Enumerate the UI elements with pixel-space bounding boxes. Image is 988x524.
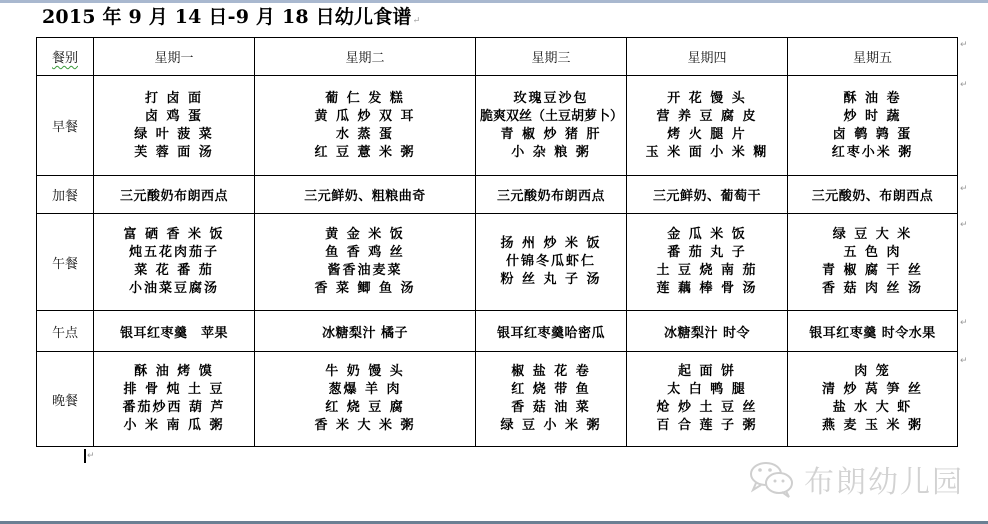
dish-item: 清 炒 莴 笋 丝 — [788, 381, 957, 399]
meal-row: 早餐打 卤 面卤 鸡 蛋绿 叶 菠 菜芙 蓉 面 汤葡 仁 发 糕黄 瓜 炒 双… — [37, 76, 958, 176]
dish-item: 烤 火 腿 片 — [627, 126, 787, 144]
menu-cell-fri: 银耳红枣羹 时令水果 — [788, 311, 958, 352]
dish-item: 五 色 肉 — [788, 244, 957, 262]
dish-item: 小 杂 粮 粥 — [476, 144, 626, 162]
dish-item: 红 烧 带 鱼 — [476, 381, 626, 399]
meal-row: 晚餐酥 油 烤 馍排 骨 炖 土 豆番茄炒西 葫 芦小 米 南 瓜 粥牛 奶 馒… — [37, 352, 958, 447]
row-end-mark: ↵ — [960, 40, 968, 50]
menu-cell-fri: 肉 笼清 炒 莴 笋 丝盐 水 大 虾燕 麦 玉 米 粥 — [788, 352, 958, 447]
meal-type-cell: 晚餐 — [37, 352, 94, 447]
dish-item: 盐 水 大 虾 — [788, 399, 957, 417]
dish-item: 脆爽双丝（土豆胡萝卜） — [476, 108, 626, 126]
menu-cell-thu: 金 瓜 米 饭番 茄 丸 子土 豆 烧 南 茄莲 藕 棒 骨 汤 — [627, 214, 788, 311]
menu-cell-tue: 牛 奶 馒 头葱爆 羊 肉红 烧 豆 腐香 米 大 米 粥 — [255, 352, 476, 447]
dish-list: 椒 盐 花 卷红 烧 带 鱼香 菇 油 菜绿 豆 小 米 粥 — [476, 363, 626, 435]
header-row: 餐别 星期一 星期二 星期三 星期四 星期五 — [37, 38, 958, 76]
watermark-text: 布朗幼儿园 — [804, 457, 964, 501]
menu-cell-fri: 绿 豆 大 米五 色 肉青 椒 腐 干 丝香 菇 肉 丝 汤 — [788, 214, 958, 311]
dish-item: 绿 叶 菠 菜 — [94, 126, 254, 144]
menu-cell-tue: 葡 仁 发 糕黄 瓜 炒 双 耳水 蒸 蛋红 豆 薏 米 粥 — [255, 76, 476, 176]
dish-list: 肉 笼清 炒 莴 笋 丝盐 水 大 虾燕 麦 玉 米 粥 — [788, 363, 957, 435]
dish-item: 青 椒 腐 干 丝 — [788, 262, 957, 280]
menu-cell-mon: 富 硒 香 米 饭炖五花肉茄子菜 花 番 茄小油菜豆腐汤 — [94, 214, 255, 311]
menu-cell-thu: 冰糖梨汁 时令 — [627, 311, 788, 352]
dish-item: 起 面 饼 — [627, 363, 787, 381]
dish-item: 香 菜 鲫 鱼 汤 — [255, 280, 475, 298]
menu-cell-wed: 扬 州 炒 米 饭什锦冬瓜虾仁粉 丝 丸 子 汤 — [476, 214, 627, 311]
dish-item: 红 豆 薏 米 粥 — [255, 144, 475, 162]
menu-cell-mon: 打 卤 面卤 鸡 蛋绿 叶 菠 菜芙 蓉 面 汤 — [94, 76, 255, 176]
meal-type-cell: 早餐 — [37, 76, 94, 176]
dish-item: 开 花 馒 头 — [627, 90, 787, 108]
dish-item: 酱香油麦菜 — [255, 262, 475, 280]
dish-item: 扬 州 炒 米 饭 — [476, 235, 626, 253]
dish-item: 卤 鹌 鹑 蛋 — [788, 126, 957, 144]
dish-item: 青 椒 炒 猪 肝 — [476, 126, 626, 144]
dish-item: 炒 时 蔬 — [788, 108, 957, 126]
paragraph-mark: ↵ — [87, 451, 95, 461]
menu-cell-mon: 酥 油 烤 馍排 骨 炖 土 豆番茄炒西 葫 芦小 米 南 瓜 粥 — [94, 352, 255, 447]
dish-item: 什锦冬瓜虾仁 — [476, 253, 626, 271]
dish-item: 番茄炒西 葫 芦 — [94, 399, 254, 417]
menu-cell-fri: 三元酸奶、布朗西点 — [788, 176, 958, 214]
dish-item: 椒 盐 花 卷 — [476, 363, 626, 381]
menu-cell-fri: 酥 油 卷炒 时 蔬卤 鹌 鹑 蛋红枣小米 粥 — [788, 76, 958, 176]
menu-cell-tue: 冰糖梨汁 橘子 — [255, 311, 476, 352]
menu-cell-tue: 黄 金 米 饭鱼 香 鸡 丝酱香油麦菜香 菜 鲫 鱼 汤 — [255, 214, 476, 311]
dish-item: 黄 瓜 炒 双 耳 — [255, 108, 475, 126]
menu-table: 餐别 星期一 星期二 星期三 星期四 星期五 早餐打 卤 面卤 鸡 蛋绿 叶 菠… — [36, 37, 958, 447]
menu-cell-wed: 三元酸奶布朗西点 — [476, 176, 627, 214]
row-end-mark: ↵ — [960, 356, 968, 366]
dish-item: 炖五花肉茄子 — [94, 244, 254, 262]
dish-item: 卤 鸡 蛋 — [94, 108, 254, 126]
dish-item: 番 茄 丸 子 — [627, 244, 787, 262]
dish-list: 富 硒 香 米 饭炖五花肉茄子菜 花 番 茄小油菜豆腐汤 — [94, 226, 254, 298]
dish-item: 黄 金 米 饭 — [255, 226, 475, 244]
dish-list: 酥 油 卷炒 时 蔬卤 鹌 鹑 蛋红枣小米 粥 — [788, 90, 957, 162]
paragraph-mark: ↵ — [413, 16, 421, 26]
dish-item: 小 米 南 瓜 粥 — [94, 417, 254, 435]
dish-list: 玫瑰豆沙包脆爽双丝（土豆胡萝卜）青 椒 炒 猪 肝小 杂 粮 粥 — [476, 90, 626, 162]
meal-row: 午餐富 硒 香 米 饭炖五花肉茄子菜 花 番 茄小油菜豆腐汤黄 金 米 饭鱼 香… — [37, 214, 958, 311]
dish-item: 排 骨 炖 土 豆 — [94, 381, 254, 399]
text-cursor — [84, 449, 86, 463]
dish-item: 葱爆 羊 肉 — [255, 381, 475, 399]
meal-row: 午点银耳红枣羹 苹果冰糖梨汁 橘子银耳红枣羹哈密瓜冰糖梨汁 时令银耳红枣羹 时令… — [37, 311, 958, 352]
menu-cell-thu: 起 面 饼太 白 鸭 腿炝 炒 土 豆 丝百 合 莲 子 粥 — [627, 352, 788, 447]
dish-item: 红枣小米 粥 — [788, 144, 957, 162]
dish-item: 打 卤 面 — [94, 90, 254, 108]
wechat-icon — [748, 459, 796, 499]
watermark: 布朗幼儿园 — [748, 454, 964, 504]
dish-item: 金 瓜 米 饭 — [627, 226, 787, 244]
day-header-tue: 星期二 — [255, 38, 476, 76]
row-end-mark: ↵ — [960, 318, 968, 328]
dish-list: 打 卤 面卤 鸡 蛋绿 叶 菠 菜芙 蓉 面 汤 — [94, 90, 254, 162]
dish-item: 菜 花 番 茄 — [94, 262, 254, 280]
dish-list: 起 面 饼太 白 鸭 腿炝 炒 土 豆 丝百 合 莲 子 粥 — [627, 363, 787, 435]
dish-item: 炝 炒 土 豆 丝 — [627, 399, 787, 417]
dish-item: 绿 豆 大 米 — [788, 226, 957, 244]
dish-item: 酥 油 烤 馍 — [94, 363, 254, 381]
dish-item: 莲 藕 棒 骨 汤 — [627, 280, 787, 298]
dish-item: 绿 豆 小 米 粥 — [476, 417, 626, 435]
dish-list: 酥 油 烤 馍排 骨 炖 土 豆番茄炒西 葫 芦小 米 南 瓜 粥 — [94, 363, 254, 435]
dish-item: 红 烧 豆 腐 — [255, 399, 475, 417]
meal-type-label: 餐别 — [52, 51, 78, 66]
menu-cell-mon: 三元酸奶布朗西点 — [94, 176, 255, 214]
dish-item: 芙 蓉 面 汤 — [94, 144, 254, 162]
dish-item: 葡 仁 发 糕 — [255, 90, 475, 108]
dish-item: 玉 米 面 小 米 糊 — [627, 144, 787, 162]
menu-cell-wed: 椒 盐 花 卷红 烧 带 鱼香 菇 油 菜绿 豆 小 米 粥 — [476, 352, 627, 447]
menu-cell-thu: 三元鲜奶、葡萄干 — [627, 176, 788, 214]
window-top-edge — [0, 0, 988, 3]
dish-item: 香 菇 肉 丝 汤 — [788, 280, 957, 298]
dish-item: 太 白 鸭 腿 — [627, 381, 787, 399]
menu-cell-thu: 开 花 馒 头营 养 豆 腐 皮烤 火 腿 片玉 米 面 小 米 糊 — [627, 76, 788, 176]
row-end-mark: ↵ — [960, 184, 968, 194]
dish-list: 金 瓜 米 饭番 茄 丸 子土 豆 烧 南 茄莲 藕 棒 骨 汤 — [627, 226, 787, 298]
menu-cell-wed: 玫瑰豆沙包脆爽双丝（土豆胡萝卜）青 椒 炒 猪 肝小 杂 粮 粥 — [476, 76, 627, 176]
row-end-mark: ↵ — [960, 220, 968, 230]
dish-list: 绿 豆 大 米五 色 肉青 椒 腐 干 丝香 菇 肉 丝 汤 — [788, 226, 957, 298]
dish-item: 香 菇 油 菜 — [476, 399, 626, 417]
menu-cell-mon: 银耳红枣羹 苹果 — [94, 311, 255, 352]
dish-list: 牛 奶 馒 头葱爆 羊 肉红 烧 豆 腐香 米 大 米 粥 — [255, 363, 475, 435]
dish-list: 开 花 馒 头营 养 豆 腐 皮烤 火 腿 片玉 米 面 小 米 糊 — [627, 90, 787, 162]
dish-item: 香 米 大 米 粥 — [255, 417, 475, 435]
dish-item: 牛 奶 馒 头 — [255, 363, 475, 381]
dish-item: 酥 油 卷 — [788, 90, 957, 108]
document-title: 2015 年 9 月 14 日-9 月 18 日幼儿食谱↵ — [42, 4, 420, 30]
day-header-wed: 星期三 — [476, 38, 627, 76]
dish-item: 玫瑰豆沙包 — [476, 90, 626, 108]
day-header-thu: 星期四 — [627, 38, 788, 76]
dish-item: 水 蒸 蛋 — [255, 126, 475, 144]
meal-row: 加餐三元酸奶布朗西点三元鲜奶、粗粮曲奇三元酸奶布朗西点三元鲜奶、葡萄干三元酸奶、… — [37, 176, 958, 214]
dish-item: 营 养 豆 腐 皮 — [627, 108, 787, 126]
menu-cell-wed: 银耳红枣羹哈密瓜 — [476, 311, 627, 352]
row-end-mark: ↵ — [960, 80, 968, 90]
meal-type-header: 餐别 — [37, 38, 94, 76]
dish-item: 富 硒 香 米 饭 — [94, 226, 254, 244]
dish-list: 葡 仁 发 糕黄 瓜 炒 双 耳水 蒸 蛋红 豆 薏 米 粥 — [255, 90, 475, 162]
dish-item: 燕 麦 玉 米 粥 — [788, 417, 957, 435]
dish-item: 粉 丝 丸 子 汤 — [476, 271, 626, 289]
dish-item: 小油菜豆腐汤 — [94, 280, 254, 298]
meal-type-cell: 午餐 — [37, 214, 94, 311]
menu-cell-tue: 三元鲜奶、粗粮曲奇 — [255, 176, 476, 214]
meal-type-cell: 午点 — [37, 311, 94, 352]
day-header-mon: 星期一 — [94, 38, 255, 76]
dish-list: 黄 金 米 饭鱼 香 鸡 丝酱香油麦菜香 菜 鲫 鱼 汤 — [255, 226, 475, 298]
dish-item: 肉 笼 — [788, 363, 957, 381]
dish-item: 鱼 香 鸡 丝 — [255, 244, 475, 262]
dish-item: 土 豆 烧 南 茄 — [627, 262, 787, 280]
meal-type-cell: 加餐 — [37, 176, 94, 214]
dish-item: 百 合 莲 子 粥 — [627, 417, 787, 435]
title-text: 2015 年 9 月 14 日-9 月 18 日幼儿食谱 — [42, 6, 412, 28]
dish-list: 扬 州 炒 米 饭什锦冬瓜虾仁粉 丝 丸 子 汤 — [476, 235, 626, 289]
day-header-fri: 星期五 — [788, 38, 958, 76]
